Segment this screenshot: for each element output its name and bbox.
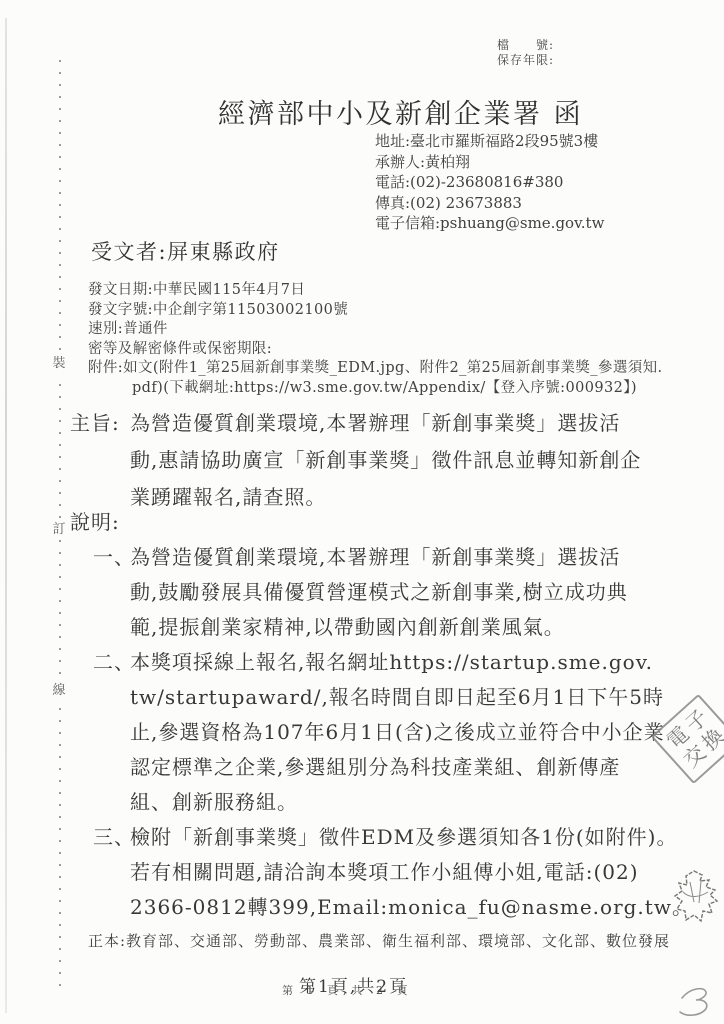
- sender-email: 電子信箱:pshuang@sme.gov.tw: [375, 213, 604, 234]
- doc-number-line: 發文字號:中企創字第11503002100號: [88, 301, 663, 321]
- file-number-label: 檔 號:: [497, 38, 554, 53]
- subject-section: 主旨: 為營造優質創業環境,本署辦理「新創事業獎」選拔活 動,惠請協助廣宣「新創…: [70, 405, 641, 516]
- retention-period-label: 保存年限:: [497, 53, 554, 68]
- attachment-line-2: pdf)(下載網址:https://w3.sme.gov.tw/Appendix…: [88, 379, 663, 399]
- description-label: 說明:: [70, 505, 693, 540]
- document-title: 經濟部中小及新創企業署 函: [218, 92, 583, 131]
- sender-contact-person: 承辦人:黃柏翔: [375, 152, 604, 173]
- copy-to-line: 正本:教育部、交通部、勞動部、農業部、衛生福利部、環境部、文化部、數位發展: [88, 930, 670, 951]
- scan-edge-shadow: [5, 18, 7, 1013]
- scanned-official-letter-page: 裝 訂 線 檔 號: 保存年限: 經濟部中小及新創企業署 函 地址:臺北市羅斯福…: [0, 0, 724, 1024]
- security-class-line: 密等及解密條件或保密期限:: [88, 340, 663, 360]
- binding-mark-xian: 線: [50, 680, 68, 701]
- subject-line-1: 為營造優質創業環境,本署辦理「新創事業獎」選拔活: [130, 405, 641, 442]
- item-1-line-1: 為營造優質創業環境,本署辦理「新創事業獎」選拔活: [130, 540, 693, 575]
- item-1-line-3: 範,提振創業家精神,以帶動國內創新創業風氣。: [130, 610, 693, 645]
- speed-class-line: 速別:普通件: [88, 320, 663, 340]
- subject-label: 主旨:: [70, 405, 120, 442]
- binding-mark-ding: 訂: [50, 519, 68, 540]
- issue-date-line: 發文日期:中華民國115年4月7日: [88, 281, 663, 301]
- sender-address: 地址:臺北市羅斯福路2段95號3樓: [375, 131, 604, 152]
- sender-fax: 傳真:(02) 23673883: [375, 193, 604, 214]
- item-3-line-3: 2366-0812轉399,Email:monica_fu@nasme.org.…: [130, 890, 693, 925]
- attachment-line-1: 附件:如文(附件1_第25屆新創事業獎_EDM.jpg、附件2_第25屆新創事業…: [88, 359, 663, 379]
- item-2-line-1: 本獎項採線上報名,報名網址https://startup.sme.gov.: [130, 645, 693, 680]
- item-2-line-5: 組、創新服務組。: [130, 785, 693, 820]
- sender-info-block: 地址:臺北市羅斯福路2段95號3樓 承辦人:黃柏翔 電話:(02)-236808…: [375, 131, 604, 234]
- item-2-number: 二、: [93, 645, 135, 680]
- item-2-line-4: 認定標準之企業,參選組別分為科技產業組、創新傳產: [130, 750, 693, 785]
- item-2-line-2: tw/startupaward/,報名時間自即日起至6月1日下午5時: [130, 680, 693, 715]
- document-meta-block: 發文日期:中華民國115年4月7日 發文字號:中企創字第11503002100號…: [88, 281, 663, 398]
- description-item-1: 一、 為營造優質創業環境,本署辦理「新創事業獎」選拔活 動,鼓勵發展具備優質營運…: [70, 540, 693, 645]
- handwritten-number-3: [676, 984, 722, 1024]
- binding-mark-zhuang: 裝: [50, 353, 68, 374]
- sender-phone: 電話:(02)-23680816#380: [375, 172, 604, 193]
- item-1-line-2: 動,鼓勵發展具備優質營運模式之新創事業,樹立成功典: [130, 575, 693, 610]
- item-3-line-2: 若有相關問題,請洽詢本獎項工作小組傅小姐,電話:(02): [130, 855, 693, 890]
- item-2-line-3: 止,參選資格為107年6月1日(含)之後成立並符合中小企業: [130, 715, 693, 750]
- item-1-number: 一、: [93, 540, 135, 575]
- description-item-2: 二、 本獎項採線上報名,報名網址https://startup.sme.gov.…: [70, 645, 693, 820]
- description-section: 說明: 一、 為營造優質創業環境,本署辦理「新創事業獎」選拔活 動,鼓勵發展具備…: [70, 505, 693, 925]
- blob-stamp-mark: [668, 868, 724, 934]
- description-item-3: 三、 檢附「新創事業獎」徵件EDM及參選須知各1份(如附件)。 若有相關問題,請…: [70, 820, 693, 925]
- page-number-small: 第 1 頁,共 2 頁: [282, 982, 412, 998]
- recipient-line: 受文者:屏東縣政府: [91, 236, 280, 266]
- file-number-block: 檔 號: 保存年限:: [497, 38, 554, 68]
- item-3-line-1: 檢附「新創事業獎」徵件EDM及參選須知各1份(如附件)。: [130, 820, 693, 855]
- item-3-number: 三、: [93, 820, 135, 855]
- subject-line-2: 動,惠請協助廣宣「新創事業獎」徵件訊息並轉知新創企: [130, 442, 641, 479]
